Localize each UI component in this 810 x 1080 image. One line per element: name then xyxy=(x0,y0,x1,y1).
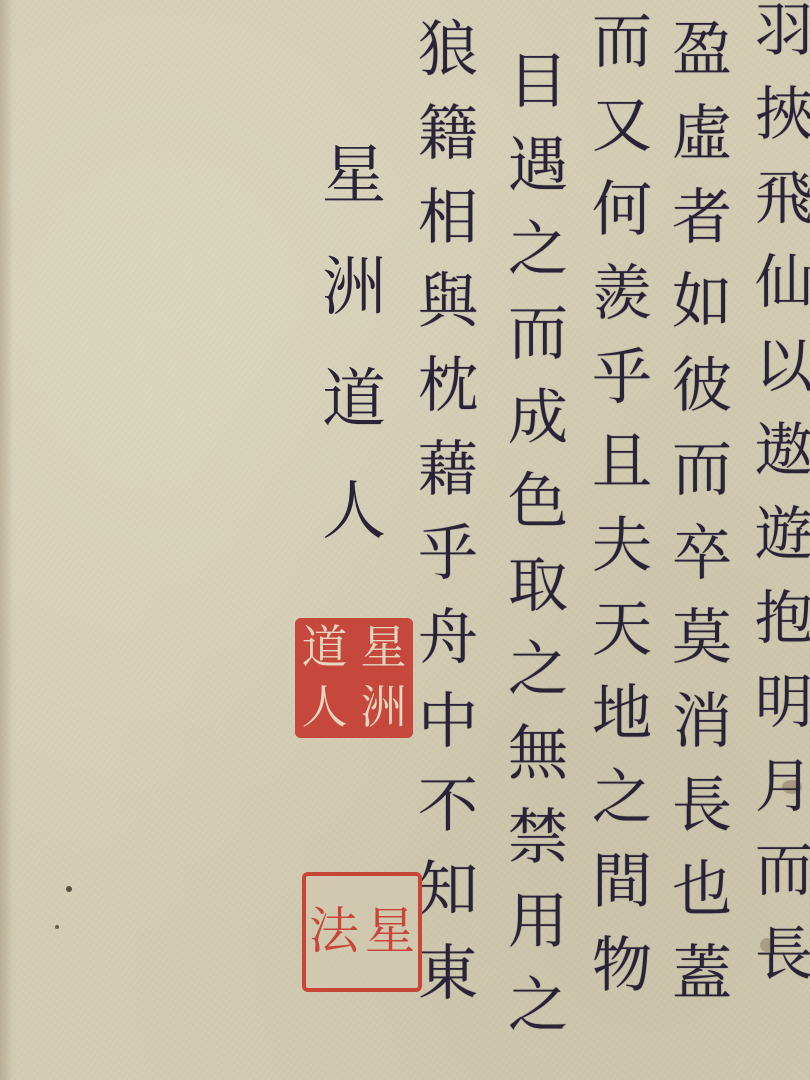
char: 而 xyxy=(755,828,810,912)
signature-char: 道 xyxy=(322,344,386,456)
char: 天 xyxy=(592,588,652,672)
char: 月 xyxy=(755,744,810,828)
scroll-left-edge xyxy=(0,0,14,1080)
char: 色 xyxy=(508,460,568,544)
char: 莫 xyxy=(672,596,732,680)
char: 虛 xyxy=(672,92,732,176)
char: 長 xyxy=(755,912,810,996)
char: 不 xyxy=(418,764,478,848)
char: 飛 xyxy=(755,156,810,240)
char: 夫 xyxy=(592,504,652,588)
char: 蓋 xyxy=(672,932,732,1016)
char: 成 xyxy=(508,376,568,460)
char: 而 xyxy=(508,292,568,376)
seal-char: 洲 xyxy=(354,678,413,738)
char: 知 xyxy=(418,848,478,932)
char: 東 xyxy=(418,932,478,1016)
char: 明 xyxy=(755,660,810,744)
seal-char: 法 xyxy=(306,876,362,988)
char: 用 xyxy=(508,880,568,964)
char: 乎 xyxy=(418,512,478,596)
seal-lower-red-outline: 法 星 xyxy=(302,872,422,992)
char: 遨 xyxy=(755,408,810,492)
paper-speck xyxy=(66,886,72,892)
char: 遊 xyxy=(755,492,810,576)
calligraphy-column-1: 羽 挾 飛 仙 以 遨 遊 抱 明 月 而 長 xyxy=(755,0,810,996)
char: 以 xyxy=(755,324,810,408)
char: 盈 xyxy=(672,8,732,92)
seal-char: 星 xyxy=(354,618,413,678)
char: 禁 xyxy=(508,796,568,880)
char: 與 xyxy=(418,260,478,344)
char: 狼 xyxy=(418,8,478,92)
char: 且 xyxy=(592,420,652,504)
char: 之 xyxy=(508,208,568,292)
char: 如 xyxy=(672,260,732,344)
seal-char: 星 xyxy=(362,876,418,988)
seal-upper-red-relief: 道 星 人 洲 xyxy=(295,618,413,738)
signature-char: 人 xyxy=(322,456,386,568)
paper-speck xyxy=(55,925,59,929)
calligraphy-column-5: 狼 籍 相 與 枕 藉 乎 舟 中 不 知 東 xyxy=(418,8,478,1016)
char: 遇 xyxy=(508,124,568,208)
char: 彼 xyxy=(672,344,732,428)
calligraphy-column-4: 目 遇 之 而 成 色 取 之 無 禁 用 之 xyxy=(508,40,568,1048)
signature-char: 洲 xyxy=(322,232,386,344)
char: 之 xyxy=(508,628,568,712)
char: 抱 xyxy=(755,576,810,660)
char: 中 xyxy=(418,680,478,764)
seal-char: 道 xyxy=(295,618,354,678)
char: 又 xyxy=(592,84,652,168)
char: 舟 xyxy=(418,596,478,680)
char: 之 xyxy=(592,756,652,840)
char: 間 xyxy=(592,840,652,924)
char: 目 xyxy=(508,40,568,124)
char: 藉 xyxy=(418,428,478,512)
char: 卒 xyxy=(672,512,732,596)
char: 仙 xyxy=(755,240,810,324)
char: 而 xyxy=(592,0,652,84)
char: 枕 xyxy=(418,344,478,428)
char: 籍 xyxy=(418,92,478,176)
char: 消 xyxy=(672,680,732,764)
char: 相 xyxy=(418,176,478,260)
seal-char: 人 xyxy=(295,678,354,738)
char: 者 xyxy=(672,176,732,260)
calligraphy-column-3: 而 又 何 羨 乎 且 夫 天 地 之 間 物 xyxy=(592,0,652,1008)
char: 長 xyxy=(672,764,732,848)
signature-char: 星 xyxy=(322,120,386,232)
char: 挾 xyxy=(755,72,810,156)
char: 而 xyxy=(672,428,732,512)
char: 也 xyxy=(672,848,732,932)
char: 無 xyxy=(508,712,568,796)
calligraphy-column-2: 盈 虛 者 如 彼 而 卒 莫 消 長 也 蓋 xyxy=(672,8,732,1016)
char: 羨 xyxy=(592,252,652,336)
char: 何 xyxy=(592,168,652,252)
char: 之 xyxy=(508,964,568,1048)
char: 地 xyxy=(592,672,652,756)
char: 乎 xyxy=(592,336,652,420)
char: 物 xyxy=(592,924,652,1008)
char: 取 xyxy=(508,544,568,628)
char: 羽 xyxy=(755,0,810,72)
artist-signature: 星 洲 道 人 xyxy=(322,120,386,568)
